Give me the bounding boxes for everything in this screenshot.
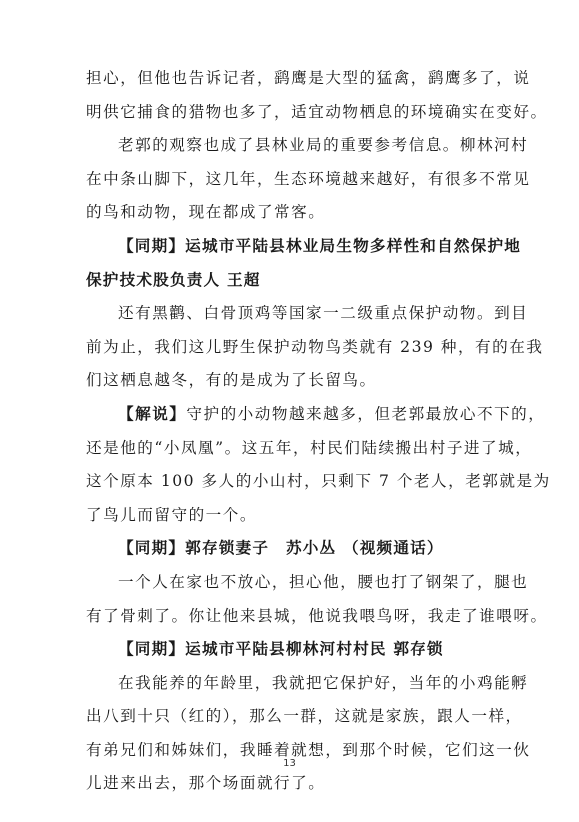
paragraph-line: 老郭的观察也成了县林业局的重要参考信息。柳林河村	[86, 129, 496, 163]
soundbite-heading: 【同期】运城市平陆县柳林河村村民 郭存锁	[86, 633, 496, 667]
paragraph-line: 还是他的“小凤凰”。这五年，村民们陆续搬出村子进了城，	[86, 432, 496, 466]
soundbite-heading: 【同期】运城市平陆县林业局生物多样性和自然保护地	[86, 230, 496, 264]
page-number: 13	[0, 758, 579, 769]
paragraph-line: 前为止，我们这儿野生保护动物鸟类就有 239 种，有的在我	[86, 331, 496, 365]
paragraph-line: 还有黑鹳、白骨顶鸡等国家一二级重点保护动物。到目	[86, 297, 496, 331]
paragraph-line: 明供它捕食的猎物也多了，适宜动物栖息的环境确实在变好。	[86, 96, 496, 130]
paragraph-line: 出八到十只（红的），那么一群，这就是家族，跟人一样，	[86, 700, 496, 734]
paragraph-line: 儿进来出去，那个场面就行了。	[86, 767, 496, 801]
narration-text: 守护的小动物越来越多，但老郭最放心不下的，	[186, 405, 545, 423]
paragraph-line: 一个人在家也不放心，担心他，腰也打了钢架了，腿也	[86, 566, 496, 600]
paragraph-line: 们这栖息越冬，有的是成为了长留鸟。	[86, 364, 496, 398]
paragraph-line: 有了骨刺了。你让他来县城，他说我喂鸟呀，我走了谁喂呀。	[86, 600, 496, 634]
document-page: 担心，但他也告诉记者，鹞鹰是大型的猛禽，鹞鹰多了，说 明供它捕食的猎物也多了，适…	[86, 62, 496, 801]
paragraph-line: 在我能养的年龄里，我就把它保护好，当年的小鸡能孵	[86, 667, 496, 701]
narration-tag: 【解说】	[118, 405, 186, 423]
paragraph-line: 担心，但他也告诉记者，鹞鹰是大型的猛禽，鹞鹰多了，说	[86, 62, 496, 96]
paragraph-line: 了鸟儿而留守的一个。	[86, 499, 496, 533]
paragraph-line: 的鸟和动物，现在都成了常客。	[86, 196, 496, 230]
soundbite-heading: 保护技术股负责人 王超	[86, 264, 496, 298]
soundbite-heading: 【同期】郭存锁妻子 苏小丛 （视频通话）	[86, 532, 496, 566]
paragraph-line: 这个原本 100 多人的小山村，只剩下 7 个老人，老郭就是为	[86, 465, 496, 499]
paragraph-line: 在中条山脚下，这几年，生态环境越来越好，有很多不常见	[86, 163, 496, 197]
narration-line: 【解说】守护的小动物越来越多，但老郭最放心不下的，	[86, 398, 496, 432]
